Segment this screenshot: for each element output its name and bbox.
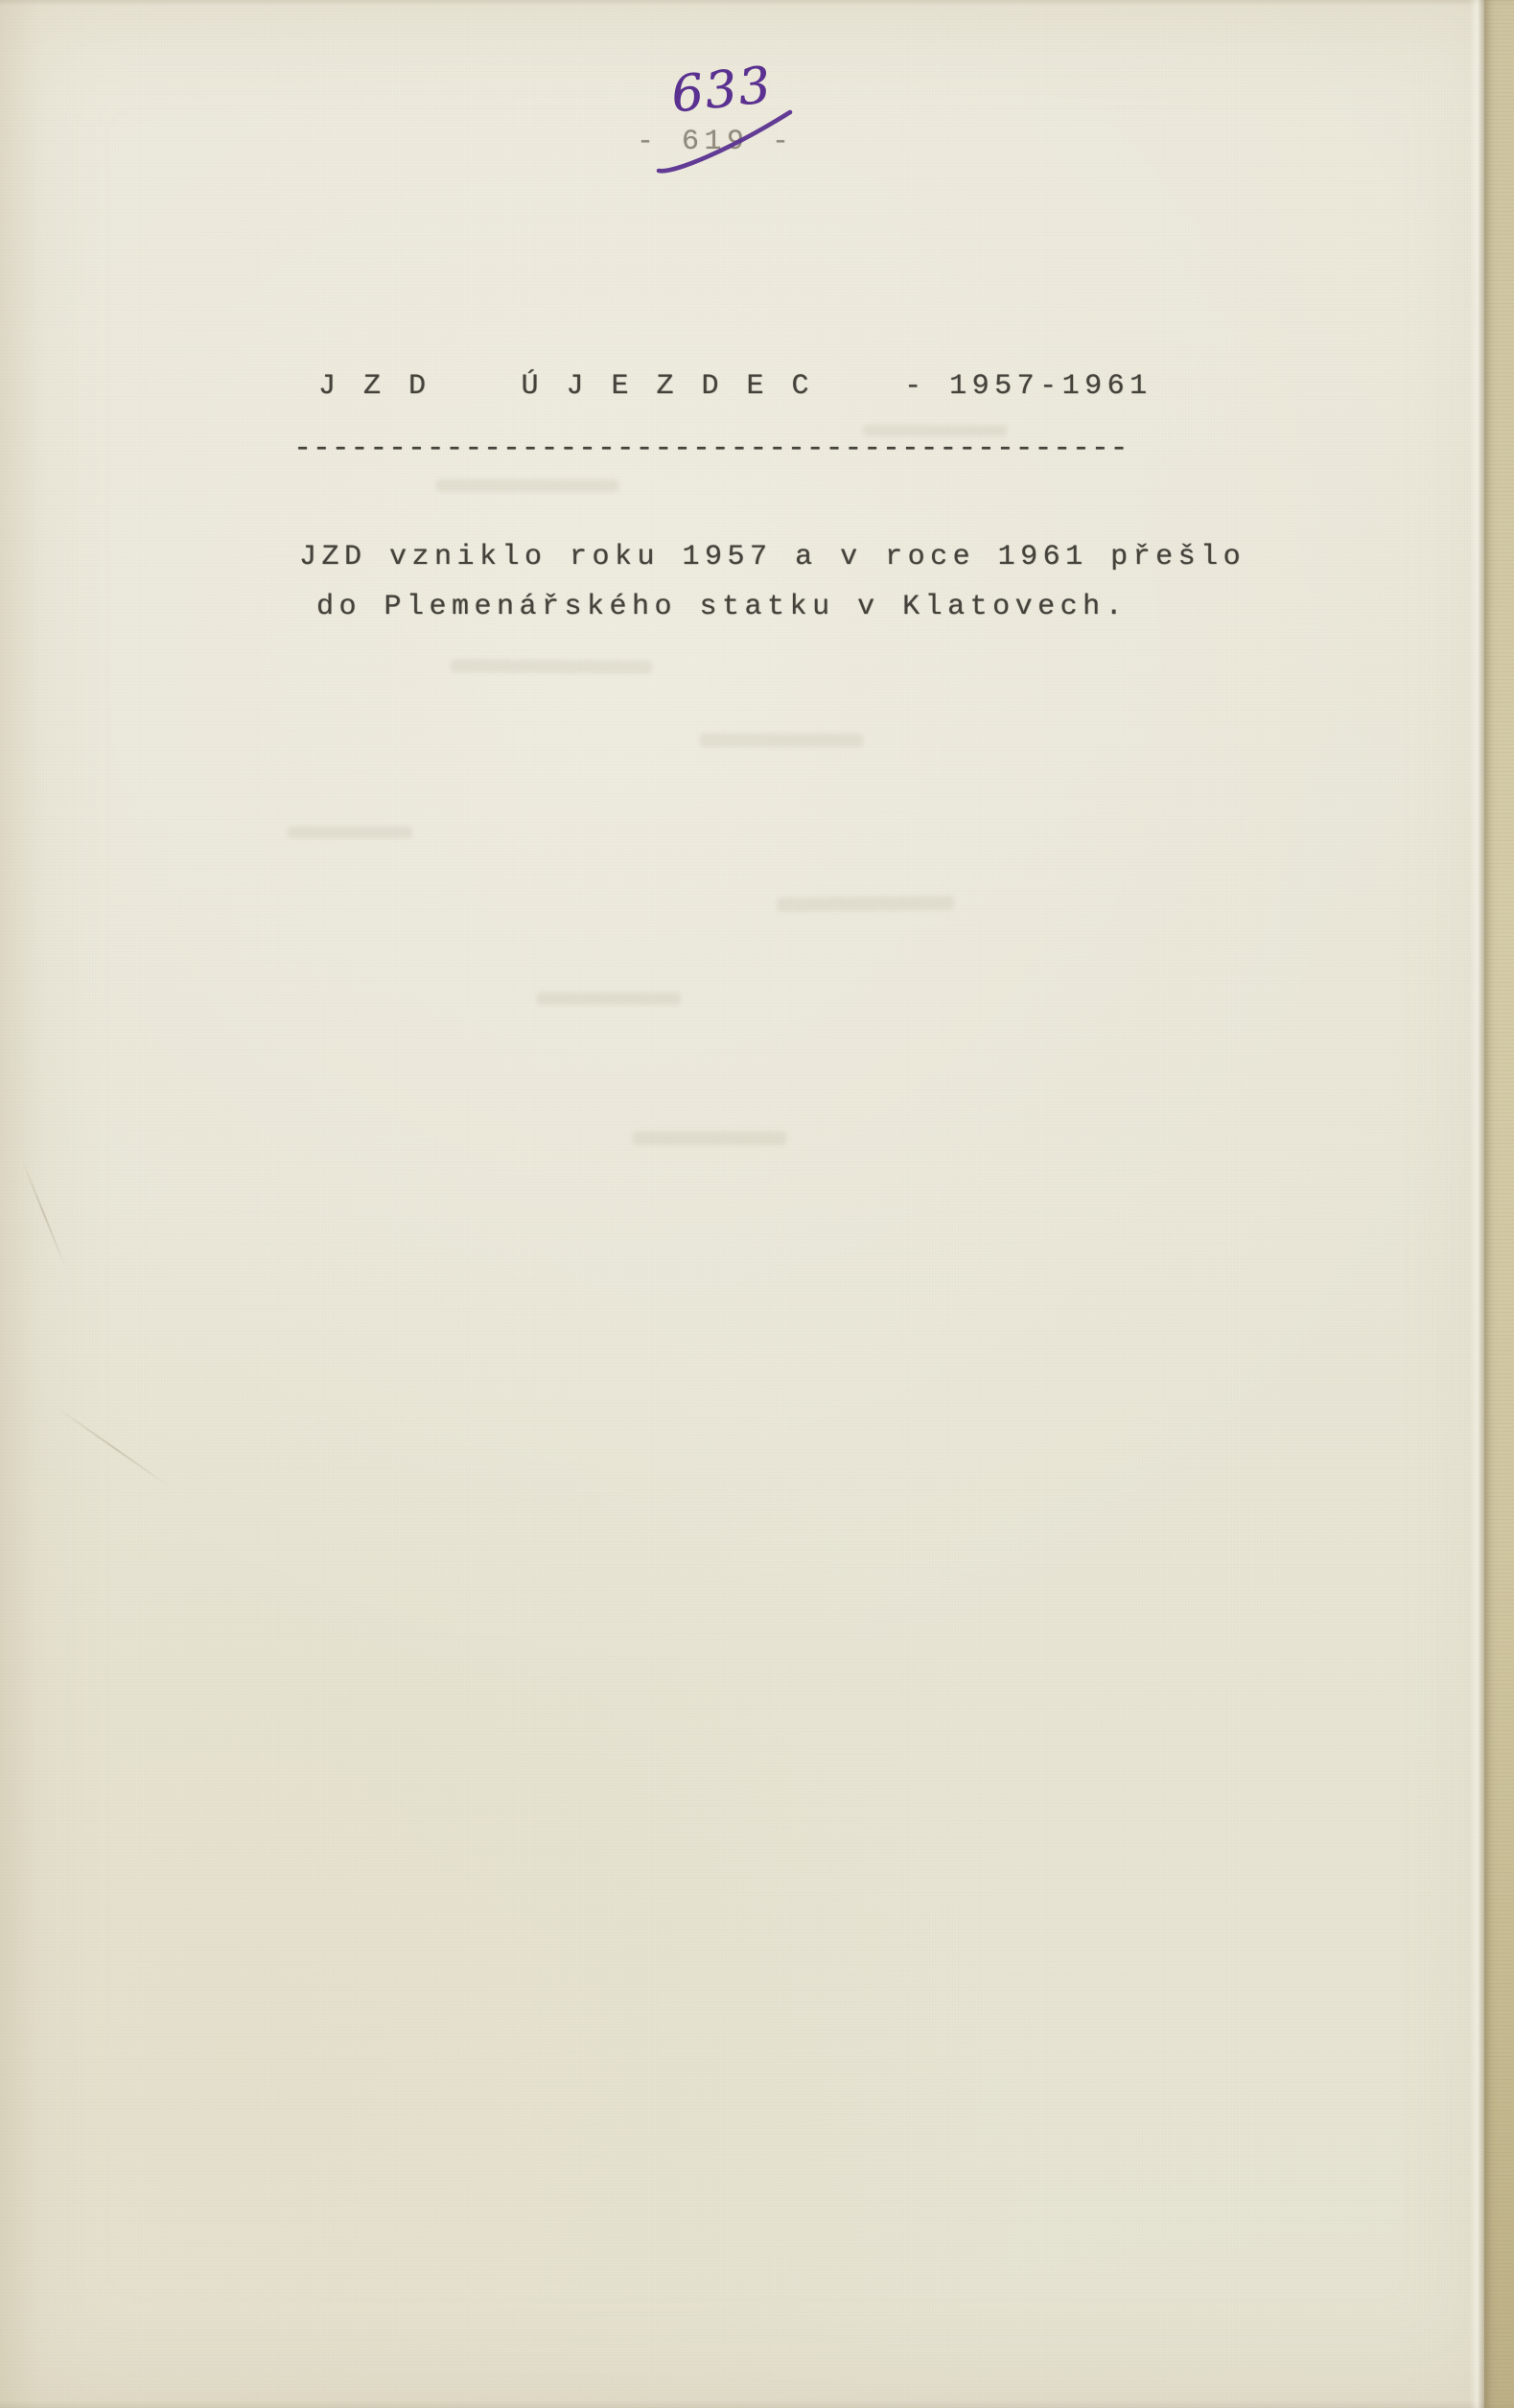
bleedthrough-mark [700,734,863,747]
handwritten-page-number: 633 [669,60,775,121]
page-edge-shadow [1469,0,1484,2408]
bleedthrough-mark [436,479,618,492]
title-underline: ----------------------------------------… [293,433,1129,464]
paragraph-line: JZD vzniklo roku 1957 a v roce 1961 přeš… [299,543,1246,572]
bleedthrough-mark [537,993,681,1005]
bleedthrough-mark [777,896,954,912]
paragraph-line: do Plemenářského statku v Klatovech. [316,593,1128,621]
crossed-out-page-number: - 619 - [637,128,795,156]
page-vignette [0,0,1514,2408]
bleedthrough-mark [288,827,412,838]
page-edge [1484,0,1514,2408]
bleedthrough-mark [451,659,652,674]
page-title: J Z D Ú J E Z D E C - 1957-1961 [318,372,1153,401]
document-page: 633 - 619 - J Z D Ú J E Z D E C - 1957-1… [0,0,1514,2408]
crease-mark [58,1408,169,1486]
crease-mark [22,1160,66,1268]
bleedthrough-mark [633,1132,786,1145]
